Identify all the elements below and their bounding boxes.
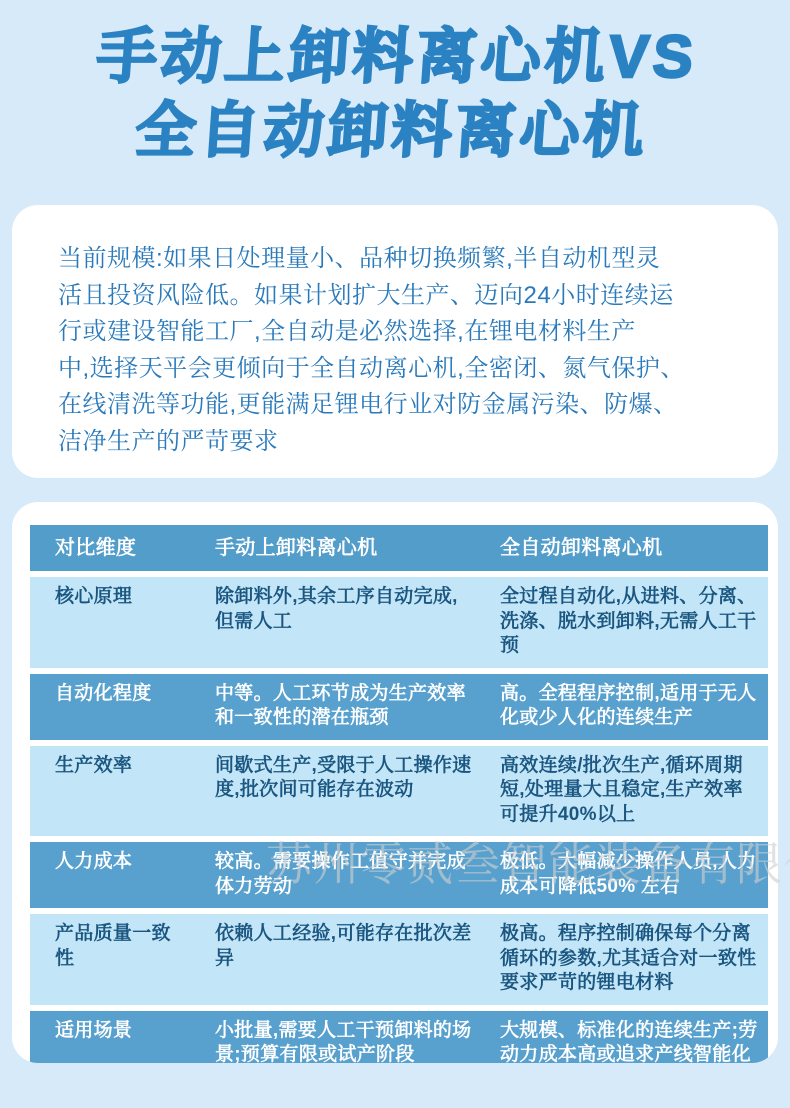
- table-row: 自动化程度 中等。人工环节成为生产效率和一致性的潜在瓶颈 高。全程程序控制,适用…: [30, 674, 768, 740]
- row-dimension-label: 人力成本: [30, 842, 200, 908]
- intro-card: 当前规模:如果日处理量小、品种切换频繁,半自动机型灵活且投资风险低。如果计划扩大…: [12, 205, 778, 478]
- table-header-row: 对比维度 手动上卸料离心机 全自动卸料离心机: [30, 525, 768, 571]
- intro-line: 在线清洗等功能,更能满足锂电行业对防金属污染、防爆、: [58, 387, 738, 424]
- table-row: 核心原理 除卸料外,其余工序自动完成,但需人工 全过程自动化,从进料、分离、洗涤…: [30, 577, 768, 668]
- flyer-page: { "page": { "title_line1": "手动上卸料离心机VS",…: [0, 0, 790, 1108]
- row-dimension-label: 自动化程度: [30, 674, 200, 740]
- table-body: 核心原理 除卸料外,其余工序自动完成,但需人工 全过程自动化,从进料、分离、洗涤…: [30, 577, 768, 1063]
- row-dimension-label: 适用场景: [30, 1011, 200, 1064]
- row-auto-value: 全过程自动化,从进料、分离、洗涤、脱水到卸料,无需人工干预: [485, 577, 768, 668]
- row-auto-value: 高效连续/批次生产,循环周期短,处理量大且稳定,生产效率可提升40%以上: [485, 746, 768, 837]
- row-manual-value: 较高。需要操作工值守并完成体力劳动: [200, 842, 485, 908]
- row-manual-value: 依赖人工经验,可能存在批次差异: [200, 914, 485, 1005]
- intro-line: 中,选择天平会更倾向于全自动离心机,全密闭、氮气保护、: [58, 351, 738, 388]
- table-row: 生产效率 间歇式生产,受限于人工操作速度,批次间可能存在波动 高效连续/批次生产…: [30, 746, 768, 837]
- table-row: 人力成本 较高。需要操作工值守并完成体力劳动 极低。大幅减少操作人员,人力成本可…: [30, 842, 768, 908]
- intro-line: 当前规模:如果日处理量小、品种切换频繁,半自动机型灵: [58, 241, 738, 278]
- header-auto-machine: 全自动卸料离心机: [485, 536, 768, 561]
- header-dimension: 对比维度: [30, 536, 200, 561]
- row-dimension-label: 核心原理: [30, 577, 200, 668]
- row-manual-value: 间歇式生产,受限于人工操作速度,批次间可能存在波动: [200, 746, 485, 837]
- table-row: 适用场景 小批量,需要人工干预卸料的场景;预算有限或试产阶段 大规模、标准化的连…: [30, 1011, 768, 1064]
- table-row: 产品质量一致性 依赖人工经验,可能存在批次差异 极高。程序控制确保每个分离循环的…: [30, 914, 768, 1005]
- page-title-line-2: 全自动卸料离心机: [0, 94, 789, 168]
- row-manual-value: 除卸料外,其余工序自动完成,但需人工: [200, 577, 485, 668]
- page-title-line-1: 手动上卸料离心机VS: [0, 20, 790, 94]
- row-auto-value: 高。全程程序控制,适用于无人化或少人化的连续生产: [485, 674, 768, 740]
- row-auto-value: 大规模、标准化的连续生产;劳动力成本高或追求产线智能化的企业: [485, 1011, 768, 1064]
- row-auto-value: 极高。程序控制确保每个分离循环的参数,尤其适合对一致性要求严苛的锂电材料: [485, 914, 768, 1005]
- intro-line: 行或建设智能工厂,全自动是必然选择,在锂电材料生产: [58, 314, 738, 351]
- row-manual-value: 中等。人工环节成为生产效率和一致性的潜在瓶颈: [200, 674, 485, 740]
- row-auto-value: 极低。大幅减少操作人员,人力成本可降低50% 左右: [485, 842, 768, 908]
- header-manual-machine: 手动上卸料离心机: [200, 536, 485, 561]
- intro-line: 活且投资风险低。如果计划扩大生产、迈向24小时连续运: [58, 278, 738, 315]
- comparison-table-card: 对比维度 手动上卸料离心机 全自动卸料离心机 核心原理 除卸料外,其余工序自动完…: [12, 502, 778, 1063]
- row-manual-value: 小批量,需要人工干预卸料的场景;预算有限或试产阶段: [200, 1011, 485, 1064]
- row-dimension-label: 生产效率: [30, 746, 200, 837]
- row-dimension-label: 产品质量一致性: [30, 914, 200, 1005]
- intro-line: 洁净生产的严苛要求: [58, 424, 738, 461]
- comparison-table: 对比维度 手动上卸料离心机 全自动卸料离心机 核心原理 除卸料外,其余工序自动完…: [30, 525, 768, 1063]
- intro-paragraph: 当前规模:如果日处理量小、品种切换频繁,半自动机型灵活且投资风险低。如果计划扩大…: [58, 241, 738, 460]
- page-title: 手动上卸料离心机VS 全自动卸料离心机: [0, 0, 790, 168]
